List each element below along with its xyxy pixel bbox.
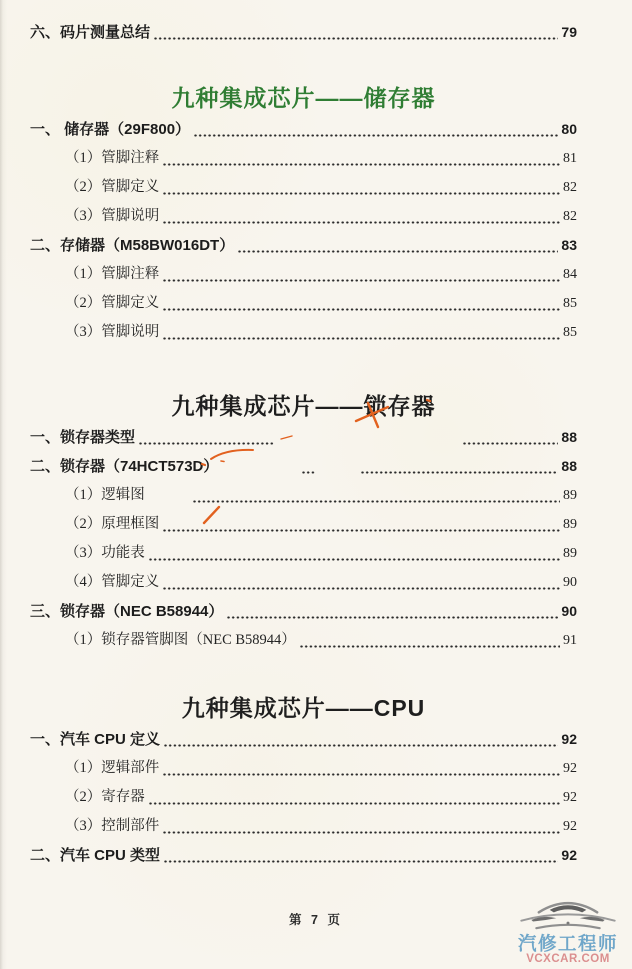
dot-leader [163,163,560,166]
toc-entry: （2）原理框图89 [30,510,577,539]
leader-dots [139,442,274,445]
toc-entry-label: （2）管脚定义 [65,173,159,202]
section-heading: 九种集成芯片——CPU [30,691,577,725]
toc-entry: （1）锁存器管脚图（NEC B58944） 91 [30,626,577,655]
dot-leader [163,308,560,311]
toc-entry-page: 80 [561,115,577,144]
leader-dots [163,221,560,224]
leader-dots [193,500,560,503]
car-logo-icon [518,892,618,936]
toc-entry: （2）管脚定义85 [30,289,577,318]
toc-entry-label: （3）管脚说明 [65,202,159,231]
leader-dots [163,308,560,311]
toc-entry: 六、码片测量总结79 [30,18,577,47]
leader-dots [227,616,558,619]
toc-entry: 二、存储器（M58BW016DT） 83 [30,231,577,260]
leader-gap [274,442,463,445]
toc-entry-page: 92 [561,841,577,870]
leader-dots [149,558,560,561]
leader-dots [300,645,560,648]
watermark: 汽修工程师 VCXCAR.COM [506,892,630,965]
dot-leader [154,37,558,40]
dot-leader [194,134,558,137]
toc-entry-page: 91 [563,626,577,655]
dot-leader [163,773,560,776]
dot-leader [149,802,560,805]
leader-dots [149,802,560,805]
toc-entry-label: 一、 储存器（29F800） [30,115,190,144]
toc-entry-page: 88 [561,423,577,452]
toc-entry-page: 83 [561,231,577,260]
leader-dots [163,529,560,532]
dot-leader [163,831,560,834]
toc-entry-label: （1）管脚注释 [65,144,159,173]
leader-gap [222,471,302,474]
dot-leader [163,587,560,590]
toc-entry-label: 三、锁存器（NEC B58944） [30,597,223,626]
dot-leader [163,221,560,224]
dot-leader [163,529,560,532]
dot-leader [149,500,560,503]
toc-entry: （3）功能表89 [30,539,577,568]
toc-entry: 二、汽车 CPU 类型92 [30,841,577,870]
leader-dots [238,250,558,253]
dot-leader [222,471,558,474]
toc-entry-page: 89 [563,510,577,539]
toc-entry: 一、汽车 CPU 定义92 [30,725,577,754]
dot-leader [238,250,558,253]
toc-entry-label: （4）管脚定义 [65,568,159,597]
leader-dots [163,831,560,834]
leader-gap [149,500,193,503]
dot-leader [227,616,558,619]
toc-entry-label: 一、锁存器类型 [30,423,135,452]
toc-entry-page: 92 [563,754,577,783]
leader-dots [163,337,560,340]
section-heading: 九种集成芯片——锁存器 [30,389,577,423]
toc-entry-page: 88 [561,452,577,481]
leader-dots [164,744,558,747]
toc-entry: （1）管脚注释81 [30,144,577,173]
toc-entry-page: 81 [563,144,577,173]
toc-entry-label: （1）逻辑图 [65,481,145,510]
toc-entry-label: 二、存储器（M58BW016DT） [30,231,234,260]
dot-leader [163,337,560,340]
leader-dots [302,471,315,474]
leader-dots [361,471,558,474]
toc-entry-label: 一、汽车 CPU 定义 [30,725,160,754]
toc-entry-label: （3）管脚说明 [65,318,159,347]
toc-entry: （1）逻辑图89 [30,481,577,510]
leader-dots [163,192,560,195]
toc-entry: （2）管脚定义82 [30,173,577,202]
dot-leader [139,442,558,445]
leader-dots [163,773,560,776]
toc-entry-label: （1）锁存器管脚图（NEC B58944） [65,626,296,655]
toc-entry-page: 79 [561,18,577,47]
toc-entry-page: 84 [563,260,577,289]
leader-dots [164,860,558,863]
toc-entry: 一、 储存器（29F800） 80 [30,115,577,144]
dot-leader [164,744,558,747]
toc-entry-label: （2）管脚定义 [65,289,159,318]
toc-entry-page: 92 [563,783,577,812]
toc-entry-label: （1）逻辑部件 [65,754,159,783]
toc-entry-label: （3）功能表 [65,539,145,568]
toc-entry: 三、锁存器（NEC B58944） 90 [30,597,577,626]
dot-leader [164,860,558,863]
dot-leader [163,279,560,282]
section-heading: 九种集成芯片——储存器 [30,81,577,115]
toc-entry-page: 90 [563,568,577,597]
leader-dots [463,442,558,445]
scanned-toc-page: 六、码片测量总结79九种集成芯片——储存器一、 储存器（29F800） 80（1… [0,0,632,969]
toc-entry: （1）逻辑部件92 [30,754,577,783]
toc-entry-label: （2）寄存器 [65,783,145,812]
watermark-domain: VCXCAR.COM [506,953,630,965]
table-of-contents: 六、码片测量总结79九种集成芯片——储存器一、 储存器（29F800） 80（1… [0,0,632,870]
toc-entry-label: （2）原理框图 [65,510,159,539]
leader-dots [163,163,560,166]
toc-entry-page: 89 [563,481,577,510]
watermark-title: 汽修工程师 [506,934,630,953]
toc-entry: （1）管脚注释84 [30,260,577,289]
toc-entry: （3）管脚说明82 [30,202,577,231]
toc-entry-label: 六、码片测量总结 [30,18,150,47]
toc-entry-page: 85 [563,289,577,318]
dot-leader [163,192,560,195]
toc-entry-label: （1）管脚注释 [65,260,159,289]
toc-entry-page: 90 [561,597,577,626]
toc-entry-page: 85 [563,318,577,347]
toc-entry-label: 二、锁存器（74HCT573D） [30,452,218,481]
leader-gap [315,471,361,474]
toc-entry: （3）控制部件92 [30,812,577,841]
leader-dots [194,134,558,137]
toc-entry-page: 82 [563,202,577,231]
leader-dots [163,587,560,590]
toc-entry: 二、锁存器（74HCT573D）88 [30,452,577,481]
toc-entry-page: 92 [563,812,577,841]
toc-entry-label: 二、汽车 CPU 类型 [30,841,160,870]
toc-entry: 一、锁存器类型88 [30,423,577,452]
leader-dots [154,37,558,40]
toc-entry-page: 82 [563,173,577,202]
toc-entry: （4）管脚定义90 [30,568,577,597]
leader-dots [163,279,560,282]
toc-entry: （3）管脚说明85 [30,318,577,347]
dot-leader [300,645,560,648]
toc-entry-label: （3）控制部件 [65,812,159,841]
toc-entry-page: 92 [561,725,577,754]
dot-leader [149,558,560,561]
toc-entry-page: 89 [563,539,577,568]
toc-entry: （2）寄存器92 [30,783,577,812]
